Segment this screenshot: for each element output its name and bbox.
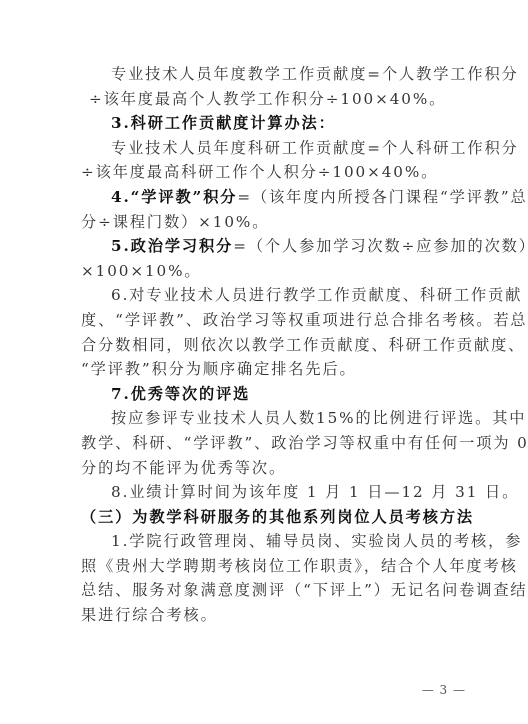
text-line: 度、“学评教”、政治学习等权重项进行总合排名考核。若总 bbox=[81, 308, 451, 333]
text-line: 合分数相同，则依次以教学工作贡献度、科研工作贡献度、 bbox=[81, 333, 451, 358]
body-text-segment: 按应参评专业技术人员人数15%的比例进行评选。其中 bbox=[111, 409, 526, 427]
text-line: 照《贵州大学聘期考核岗位工作职责》，结合个人年度考核 bbox=[81, 554, 451, 579]
bold-heading-text: 3.科研工作贡献度计算办法： bbox=[111, 114, 336, 132]
text-line: （三）为教学科研服务的其他系列岗位人员考核方法 bbox=[81, 505, 451, 530]
body-text-segment: 8.业绩计算时间为该年度 1 月 1 日—12 月 31 日。 bbox=[111, 483, 519, 501]
body-text-segment: 照《贵州大学聘期考核岗位工作职责》，结合个人年度考核 bbox=[81, 557, 518, 575]
text-line: 按应参评专业技术人员人数15%的比例进行评选。其中 bbox=[81, 406, 451, 431]
bold-heading-text: 5.政治学习积分 bbox=[111, 237, 233, 255]
body-text-segment: 分的均不能评为优秀等次。 bbox=[81, 459, 286, 477]
body-text-segment: =（个人参加学习次数÷应参加的次数） bbox=[233, 237, 528, 255]
text-line: ×100×10%。 bbox=[81, 259, 451, 284]
text-line: 果进行综合考核。 bbox=[81, 603, 451, 628]
body-text-segment: 1.学院行政管理岗、辅导员岗、实验岗人员的考核，参 bbox=[111, 532, 522, 550]
bold-heading-text: （三）为教学科研服务的其他系列岗位人员考核方法 bbox=[81, 508, 474, 526]
body-text-segment: 6.对专业技术人员进行教学工作贡献度、科研工作贡献 bbox=[111, 286, 522, 304]
body-text-segment: 分÷课程门数）×10%。 bbox=[81, 213, 269, 231]
body-text-segment: ÷该年度最高科研工作个人积分÷100×40%。 bbox=[81, 163, 438, 181]
body-text-segment: =（该年度内所授各门课程“学评教”总积 bbox=[237, 188, 528, 206]
body-text-segment: 果进行综合考核。 bbox=[81, 606, 218, 624]
body-text-segment: 教学、科研、“学评教”、政治学习等权重中有任何一项为 0 bbox=[81, 434, 528, 452]
text-line: 分÷课程门数）×10%。 bbox=[81, 210, 451, 235]
text-line: 专业技术人员年度教学工作贡献度=个人教学工作积分 bbox=[81, 62, 451, 87]
body-text-segment: ÷该年度最高个人教学工作积分÷100×40%。 bbox=[89, 90, 446, 108]
body-text-segment: 合分数相同，则依次以教学工作贡献度、科研工作贡献度、 bbox=[81, 336, 525, 354]
text-line: 7.优秀等次的评选 bbox=[81, 382, 451, 407]
body-text-segment: ×100×10%。 bbox=[81, 262, 201, 280]
text-line: 教学、科研、“学评教”、政治学习等权重中有任何一项为 0 bbox=[81, 431, 451, 456]
document-body: 专业技术人员年度教学工作贡献度=个人教学工作积分÷该年度最高个人教学工作积分÷1… bbox=[81, 62, 451, 628]
text-line: ÷该年度最高个人教学工作积分÷100×40%。 bbox=[81, 87, 451, 112]
body-text-segment: 专业技术人员年度科研工作贡献度=个人科研工作积分 bbox=[111, 139, 519, 157]
page-number: — 3 — bbox=[422, 683, 466, 697]
body-text-segment: 专业技术人员年度教学工作贡献度=个人教学工作积分 bbox=[111, 65, 519, 83]
text-line: 5.政治学习积分=（个人参加学习次数÷应参加的次数） bbox=[81, 234, 451, 259]
text-line: 1.学院行政管理岗、辅导员岗、实验岗人员的考核，参 bbox=[81, 529, 451, 554]
text-line: 分的均不能评为优秀等次。 bbox=[81, 456, 451, 481]
text-line: 6.对专业技术人员进行教学工作贡献度、科研工作贡献 bbox=[81, 283, 451, 308]
body-text-segment: “学评教”积分为顺序确定排名先后。 bbox=[81, 360, 357, 378]
text-line: 3.科研工作贡献度计算办法： bbox=[81, 111, 451, 136]
body-text-segment: 总结、服务对象满意度测评（“下评上”）无记名问卷调查结 bbox=[81, 581, 528, 599]
bold-heading-text: 4.“学评教”积分 bbox=[111, 188, 237, 206]
text-line: 总结、服务对象满意度测评（“下评上”）无记名问卷调查结 bbox=[81, 578, 451, 603]
document-page: 专业技术人员年度教学工作贡献度=个人教学工作积分÷该年度最高个人教学工作积分÷1… bbox=[0, 0, 528, 724]
text-line: 8.业绩计算时间为该年度 1 月 1 日—12 月 31 日。 bbox=[81, 480, 451, 505]
bold-heading-text: 7.优秀等次的评选 bbox=[111, 385, 250, 403]
text-line: ÷该年度最高科研工作个人积分÷100×40%。 bbox=[81, 160, 451, 185]
text-line: 4.“学评教”积分=（该年度内所授各门课程“学评教”总积 bbox=[81, 185, 451, 210]
body-text-segment: 度、“学评教”、政治学习等权重项进行总合排名考核。若总 bbox=[81, 311, 528, 329]
text-line: 专业技术人员年度科研工作贡献度=个人科研工作积分 bbox=[81, 136, 451, 161]
text-line: “学评教”积分为顺序确定排名先后。 bbox=[81, 357, 451, 382]
